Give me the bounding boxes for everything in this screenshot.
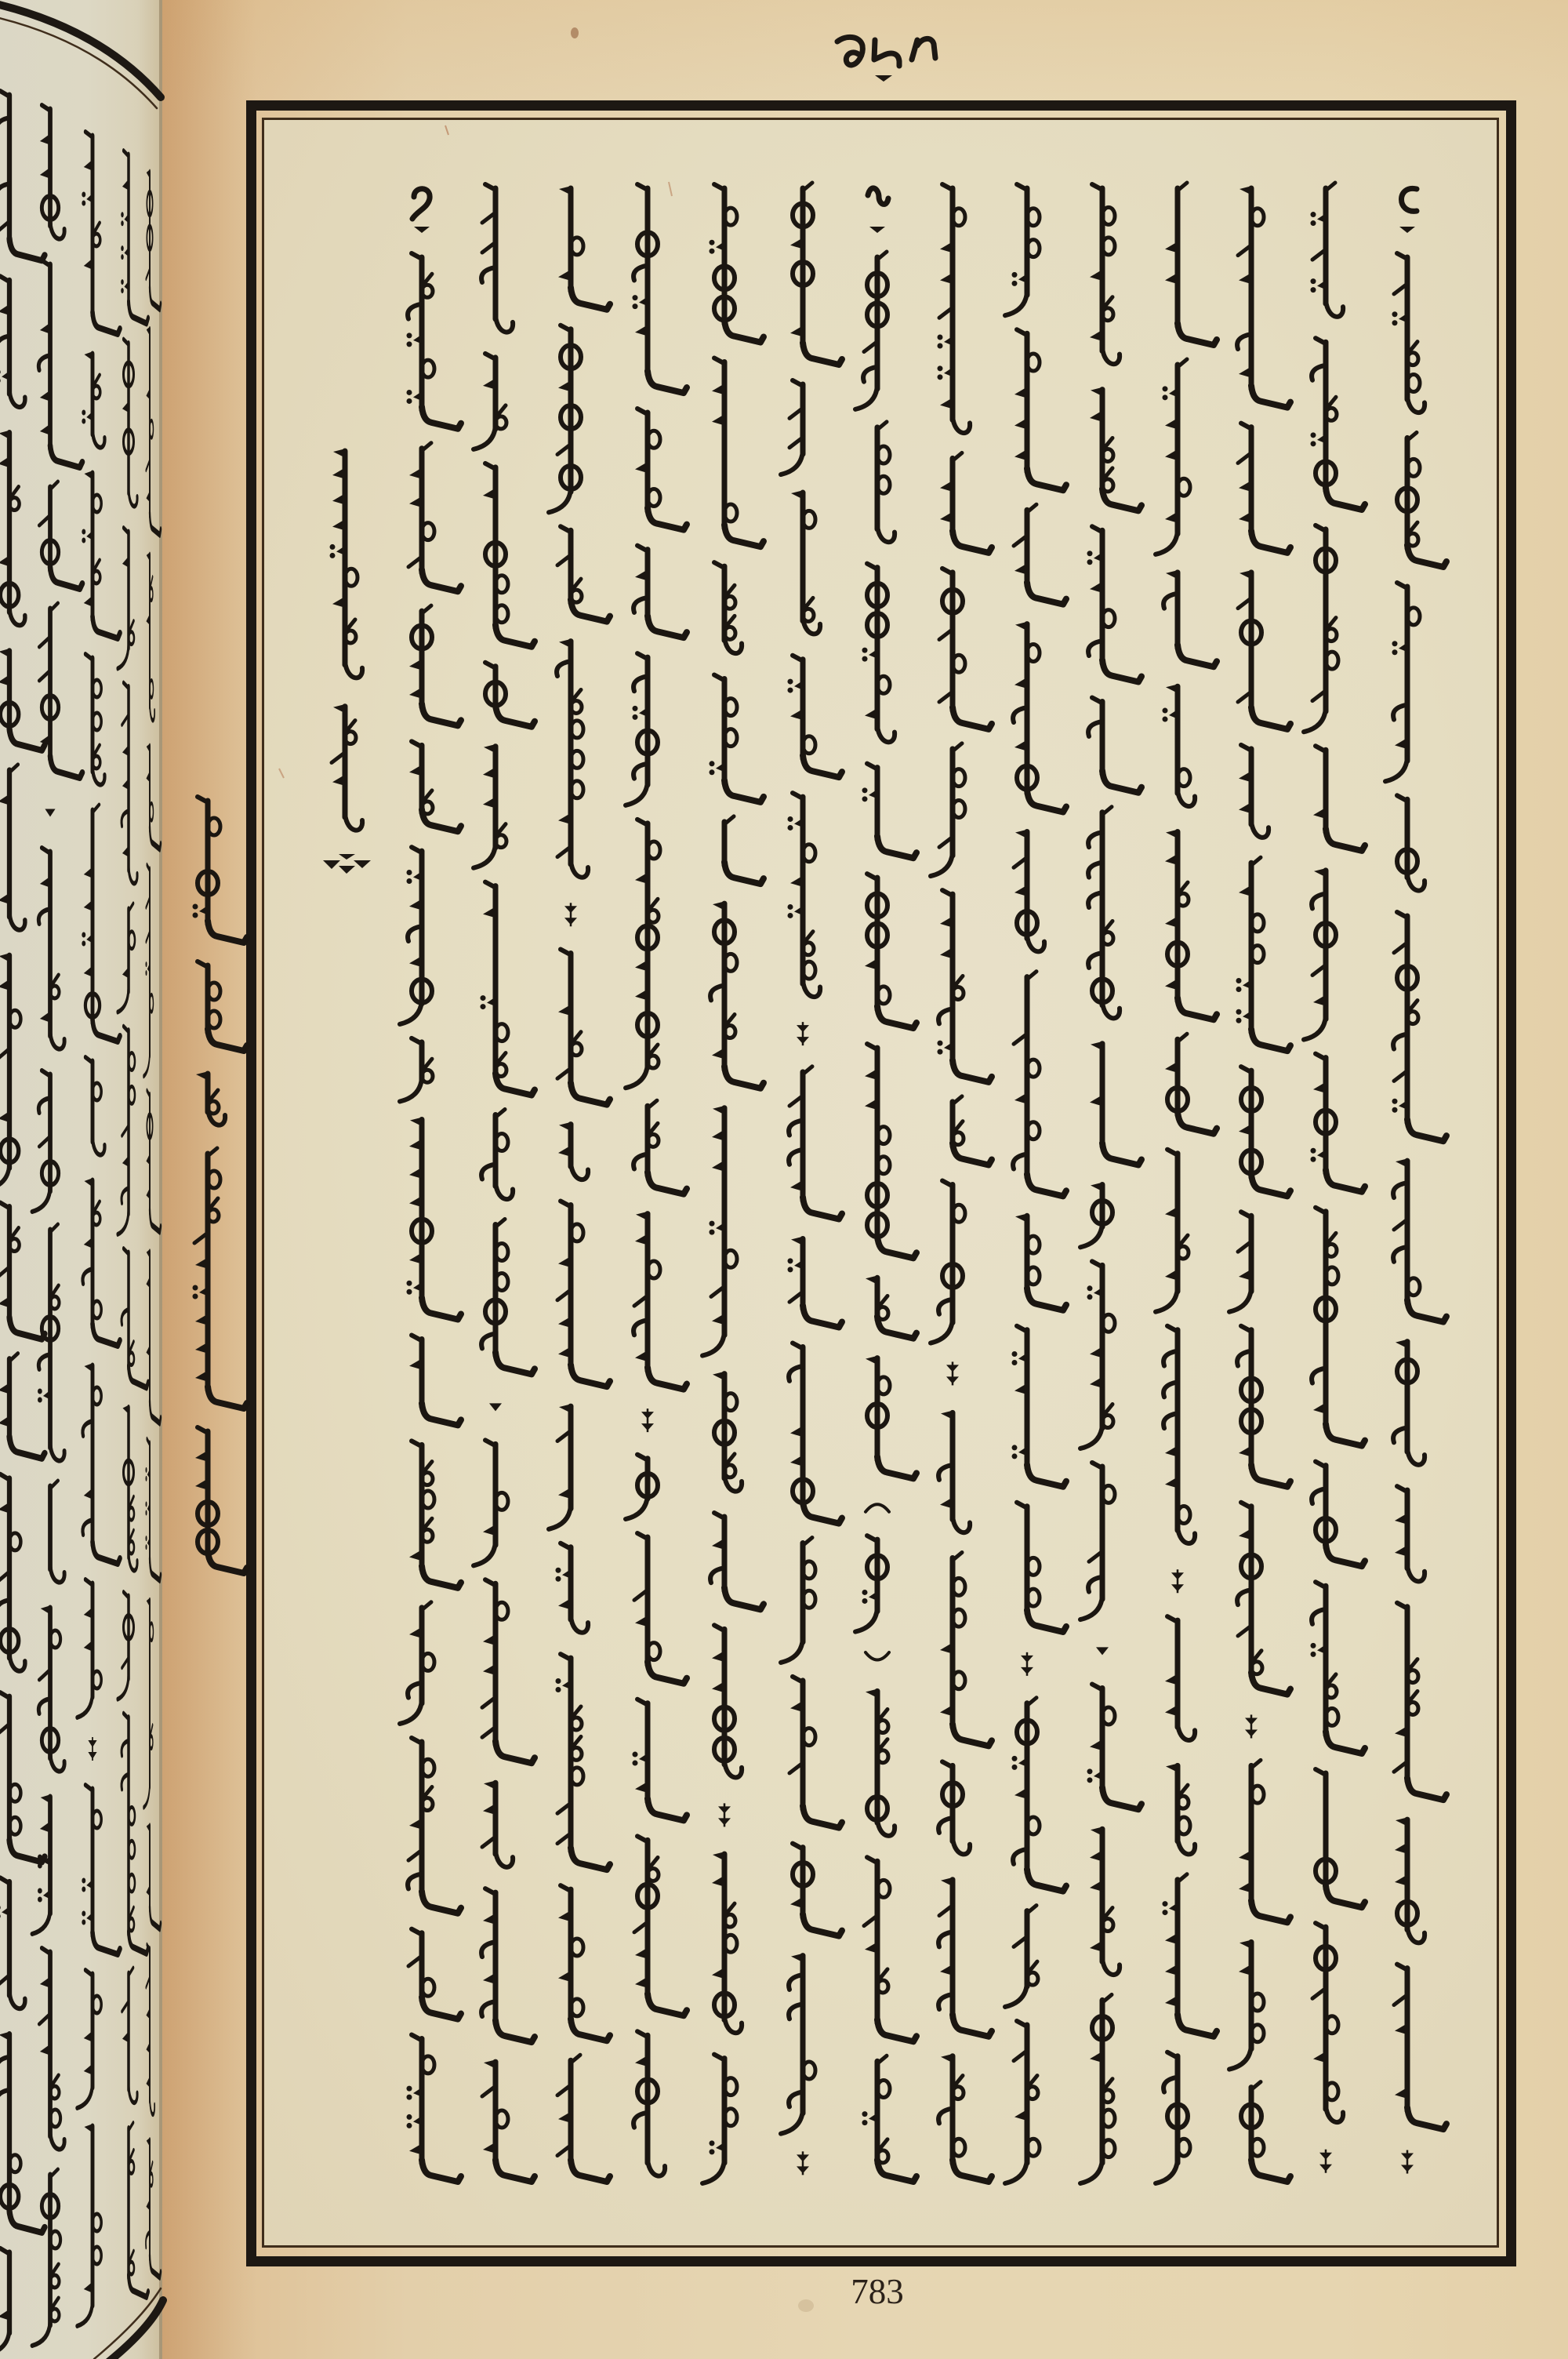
word xyxy=(557,949,610,1104)
script-layer xyxy=(0,0,1568,2359)
full-stop-mark xyxy=(1021,1652,1033,1676)
full-stop-mark xyxy=(1245,1714,1258,1738)
word xyxy=(1393,1158,1446,1321)
word xyxy=(556,1543,589,1633)
word xyxy=(147,743,161,849)
word xyxy=(557,526,610,621)
word xyxy=(85,1057,105,1155)
word xyxy=(1312,1923,1343,2122)
word xyxy=(77,1970,101,2108)
word xyxy=(1080,1183,1112,1248)
word xyxy=(1163,1874,1218,2037)
word xyxy=(409,605,461,725)
word xyxy=(146,2138,161,2277)
left-page-text-column xyxy=(0,91,45,2354)
word xyxy=(1163,1326,1195,1543)
word xyxy=(626,653,658,805)
word xyxy=(118,1027,135,1234)
word xyxy=(1012,1326,1067,1487)
word xyxy=(1087,1685,1142,1810)
word xyxy=(1005,184,1040,315)
word xyxy=(82,351,104,448)
word xyxy=(32,1070,59,1212)
header-page-number xyxy=(837,37,935,66)
word xyxy=(143,1598,153,1808)
word xyxy=(1165,829,1217,1020)
word xyxy=(713,1372,742,1492)
word xyxy=(865,1044,916,1258)
word xyxy=(122,683,137,884)
word xyxy=(32,2169,60,2346)
section-heading-column xyxy=(330,449,363,831)
word xyxy=(400,847,432,1024)
word xyxy=(938,1877,992,2037)
word xyxy=(1239,1760,1290,1922)
word xyxy=(633,1699,688,1821)
item-number-marker xyxy=(868,188,888,233)
word xyxy=(82,1363,120,1564)
full-stop-mark xyxy=(1319,2150,1332,2173)
word xyxy=(0,953,20,1188)
word xyxy=(1239,1067,1290,1196)
word xyxy=(123,1405,138,1571)
word xyxy=(1304,868,1336,1040)
full-stop-mark xyxy=(641,1408,654,1432)
word xyxy=(1238,423,1290,553)
word xyxy=(940,1553,992,1747)
word xyxy=(712,1852,742,2033)
word xyxy=(146,169,161,309)
word xyxy=(38,848,64,1049)
word xyxy=(866,1356,916,1479)
full-stop-mark xyxy=(718,1803,731,1826)
comma-mark xyxy=(489,1403,502,1411)
word xyxy=(1014,329,1066,490)
text-column xyxy=(1229,186,1290,2182)
word xyxy=(1090,1041,1142,1165)
word xyxy=(147,1823,161,1929)
word xyxy=(789,1067,842,1219)
word xyxy=(481,882,535,1096)
word xyxy=(407,253,462,429)
text-column xyxy=(549,186,610,2182)
word xyxy=(1090,1826,1120,1975)
text-column xyxy=(1304,183,1365,2173)
full-stop-mark xyxy=(946,1361,959,1385)
word xyxy=(702,1106,737,1356)
word xyxy=(557,639,588,878)
word xyxy=(790,183,842,365)
word xyxy=(122,1968,138,2103)
word xyxy=(1311,1054,1366,1192)
word xyxy=(1080,1994,1115,2183)
word xyxy=(788,1237,843,1328)
word xyxy=(0,765,25,930)
word xyxy=(485,663,535,727)
word xyxy=(82,1785,120,1954)
word xyxy=(1239,745,1269,838)
word xyxy=(633,546,687,638)
word xyxy=(122,1714,148,1954)
word xyxy=(408,1738,461,1914)
word xyxy=(0,2032,45,2233)
word xyxy=(1165,1034,1217,1133)
left-page-text-column xyxy=(32,105,82,2346)
word xyxy=(558,1122,588,1179)
left-page-text xyxy=(0,91,161,2354)
word xyxy=(82,471,120,638)
word xyxy=(931,743,965,876)
word xyxy=(38,1605,64,1772)
word xyxy=(1229,1212,1252,1311)
word xyxy=(1156,359,1190,554)
word xyxy=(474,744,506,868)
text-column xyxy=(400,189,461,2182)
word xyxy=(198,961,247,1051)
word xyxy=(1165,1616,1195,1740)
word xyxy=(1311,183,1344,317)
word xyxy=(1238,570,1290,729)
word xyxy=(1229,1939,1264,2069)
word xyxy=(1017,1503,1066,1632)
word xyxy=(549,1404,572,1529)
word xyxy=(714,562,742,653)
word xyxy=(633,1100,687,1194)
full-stop-mark xyxy=(797,2151,809,2175)
word xyxy=(85,654,105,785)
word xyxy=(1080,1261,1115,1448)
word xyxy=(556,1654,611,1870)
word xyxy=(118,1592,134,1699)
word xyxy=(482,2059,535,2182)
word xyxy=(407,2035,462,2182)
word xyxy=(1165,183,1217,345)
word xyxy=(193,797,248,943)
word xyxy=(0,1692,45,1862)
full-stop-mark xyxy=(564,903,577,926)
running-title-column xyxy=(193,797,248,1573)
word xyxy=(1397,432,1446,567)
comma-mark xyxy=(45,809,55,817)
word xyxy=(195,1427,247,1573)
word xyxy=(1316,1769,1365,1907)
word xyxy=(332,704,362,831)
word xyxy=(474,354,506,449)
word xyxy=(39,603,82,778)
footer-page-number: 783 xyxy=(830,2274,924,2310)
running-title xyxy=(193,797,248,1573)
word xyxy=(938,1761,970,1854)
word xyxy=(408,443,461,591)
word xyxy=(710,901,764,1089)
word xyxy=(557,2055,610,2182)
word xyxy=(790,1844,842,1936)
word xyxy=(789,1343,842,1524)
word xyxy=(712,1625,742,1777)
word xyxy=(38,1224,64,1461)
word xyxy=(122,1249,148,1388)
word xyxy=(39,1948,64,2150)
body-text xyxy=(400,183,1446,2183)
word xyxy=(788,793,821,997)
word xyxy=(938,2054,992,2182)
paper-specks xyxy=(279,27,814,2312)
text-column xyxy=(1156,183,1217,2183)
word xyxy=(146,1945,154,2115)
word xyxy=(864,1857,916,2041)
word xyxy=(862,764,917,859)
word xyxy=(1005,2021,1040,2183)
word xyxy=(1394,1965,1446,2129)
word xyxy=(635,409,687,530)
word xyxy=(482,1780,513,1867)
word xyxy=(147,1090,161,1231)
word xyxy=(633,2031,665,2175)
word xyxy=(1090,387,1142,511)
word xyxy=(39,482,82,589)
word xyxy=(0,91,45,260)
word xyxy=(400,1602,434,1724)
word xyxy=(1163,570,1217,667)
heading-ornament-icon xyxy=(323,854,371,874)
word xyxy=(1311,1582,1366,1754)
word xyxy=(862,2055,917,2182)
word xyxy=(855,252,887,409)
word xyxy=(557,1201,610,1387)
word xyxy=(481,1888,535,2042)
close-parenthesis xyxy=(866,1652,889,1660)
word xyxy=(1237,1503,1290,1695)
word xyxy=(855,1536,887,1632)
word xyxy=(781,380,803,474)
word xyxy=(634,1836,687,2016)
word xyxy=(400,1038,433,1102)
word xyxy=(1014,829,1044,951)
word xyxy=(1015,1213,1066,1310)
text-column xyxy=(781,183,842,2175)
full-stop-mark xyxy=(1171,1569,1184,1593)
word xyxy=(953,1096,992,1165)
word xyxy=(1005,1906,1038,2007)
word xyxy=(1395,1817,1425,1943)
word xyxy=(938,890,993,1082)
word xyxy=(330,449,363,678)
word xyxy=(634,1533,687,1684)
word xyxy=(1156,2052,1190,2183)
word xyxy=(866,1275,916,1338)
word xyxy=(147,552,155,721)
word xyxy=(633,1212,687,1390)
word xyxy=(0,430,25,625)
word xyxy=(724,816,764,884)
word xyxy=(1236,857,1291,1051)
word xyxy=(481,184,513,333)
left-page-frame-bottom-thick xyxy=(108,2300,163,2359)
word xyxy=(407,1117,462,1319)
word xyxy=(931,1181,965,1343)
word xyxy=(118,528,134,669)
open-parenthesis xyxy=(866,1504,889,1512)
word xyxy=(77,1579,101,1717)
word xyxy=(1013,622,1066,812)
word xyxy=(1304,525,1338,732)
word xyxy=(633,184,688,393)
word xyxy=(0,1474,25,1671)
section-heading xyxy=(330,449,363,831)
word xyxy=(789,1677,842,1828)
item-number-marker xyxy=(1399,188,1417,233)
word xyxy=(781,1538,815,1663)
word xyxy=(118,903,135,1012)
text-column xyxy=(474,184,535,2182)
word xyxy=(626,1455,658,1519)
text-column xyxy=(855,188,916,2182)
word xyxy=(481,1110,513,1200)
word xyxy=(938,184,971,433)
word xyxy=(0,2248,10,2354)
word xyxy=(1088,807,1120,1019)
word xyxy=(1014,504,1066,604)
word xyxy=(0,276,25,407)
word xyxy=(788,656,843,777)
word xyxy=(1012,1698,1067,1892)
text-column xyxy=(1005,184,1066,2183)
word xyxy=(1394,1603,1446,1800)
word xyxy=(483,463,535,647)
word xyxy=(1392,253,1425,413)
word xyxy=(712,358,764,547)
word xyxy=(1385,583,1420,781)
book-page-spread: 783 xyxy=(0,0,1568,2359)
full-stop-mark xyxy=(88,1737,96,1761)
word xyxy=(558,186,610,310)
text-column xyxy=(931,184,992,2182)
word xyxy=(710,184,764,343)
word xyxy=(409,1336,461,1426)
left-page-frame-top-thick xyxy=(0,4,161,97)
word xyxy=(146,1439,161,1580)
word xyxy=(409,741,461,831)
word xyxy=(193,1148,248,1408)
word xyxy=(1313,746,1365,851)
word xyxy=(702,2055,737,2183)
word xyxy=(1087,526,1142,682)
word xyxy=(865,874,916,1028)
word xyxy=(939,569,992,729)
word xyxy=(938,1410,970,1532)
word xyxy=(1392,912,1447,1141)
word xyxy=(143,865,153,1077)
word xyxy=(77,2124,101,2326)
comma-mark xyxy=(1096,1647,1109,1655)
word xyxy=(82,132,120,334)
word xyxy=(474,1440,508,1565)
word xyxy=(1080,1463,1115,1619)
word xyxy=(1088,697,1142,792)
word xyxy=(0,1202,45,1339)
word xyxy=(481,1219,535,1374)
numeral-glyph xyxy=(912,38,935,60)
word xyxy=(146,326,161,535)
word xyxy=(482,1579,535,1763)
text-column xyxy=(702,184,764,2183)
word xyxy=(1312,1208,1365,1446)
text-column xyxy=(626,184,687,2176)
word xyxy=(710,1513,764,1609)
word xyxy=(1156,1150,1189,1312)
word xyxy=(1013,972,1066,1197)
word xyxy=(1163,684,1196,806)
word xyxy=(877,422,895,542)
word xyxy=(558,1885,610,2041)
full-stop-mark xyxy=(797,1022,809,1045)
word xyxy=(40,105,64,239)
word xyxy=(1395,1486,1425,1581)
header-marker-triangle xyxy=(875,75,892,82)
left-page-text-column xyxy=(118,151,148,2297)
word xyxy=(1237,186,1290,408)
word xyxy=(82,805,120,1041)
numeral-glyph xyxy=(837,37,862,65)
word xyxy=(626,820,660,1088)
word xyxy=(791,490,820,634)
word xyxy=(32,1794,51,1934)
word xyxy=(0,1877,25,2008)
word xyxy=(1237,1326,1290,1487)
word xyxy=(862,564,895,743)
word xyxy=(0,649,45,751)
word xyxy=(129,2123,148,2297)
text-column xyxy=(1385,188,1446,2173)
word xyxy=(1166,1763,1195,1854)
word xyxy=(1090,184,1120,364)
text-column xyxy=(1080,184,1142,2183)
word xyxy=(147,1249,161,1423)
word xyxy=(549,325,581,513)
word xyxy=(1241,2082,1290,2182)
item-number-marker xyxy=(412,189,430,233)
word xyxy=(710,674,764,801)
word xyxy=(1393,1339,1425,1465)
left-page-text-column xyxy=(143,169,161,2277)
word xyxy=(866,1688,895,1836)
word xyxy=(940,453,992,552)
word xyxy=(122,339,137,506)
word xyxy=(1312,1462,1365,1567)
word xyxy=(409,1441,461,1587)
word xyxy=(196,1071,225,1125)
word xyxy=(781,1954,815,2134)
word xyxy=(50,1481,64,1583)
word xyxy=(38,260,82,467)
word xyxy=(408,1929,461,2019)
numeral-glyph xyxy=(874,40,899,66)
word xyxy=(121,151,148,323)
word xyxy=(1397,795,1425,890)
word xyxy=(1311,338,1366,510)
word xyxy=(82,1178,120,1346)
full-stop-mark xyxy=(1401,2150,1414,2174)
